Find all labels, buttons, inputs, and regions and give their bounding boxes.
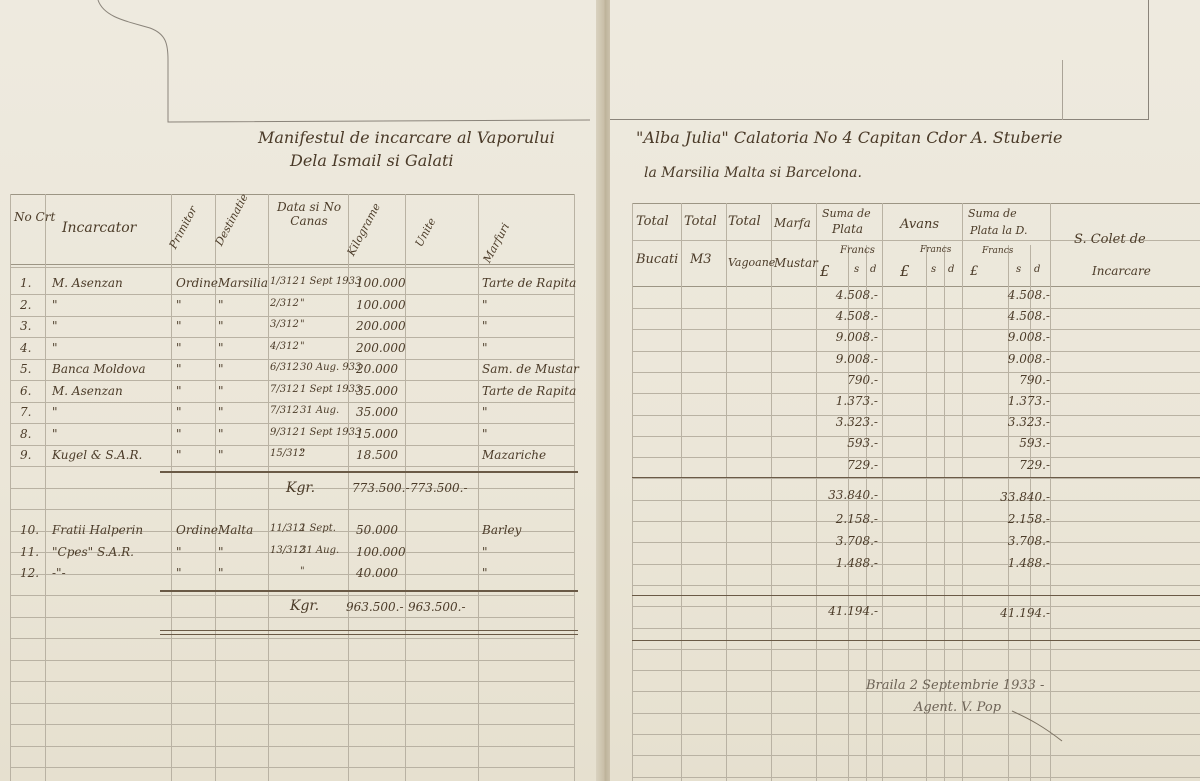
- goods: ": [482, 298, 488, 312]
- header-total-vagoane-2: Vagoane: [728, 256, 775, 269]
- consignee: Ordine: [176, 523, 218, 537]
- header-suma-plata-pound: £: [820, 262, 830, 280]
- destination: ": [218, 341, 224, 355]
- shipper: ": [52, 298, 58, 312]
- row-number: 4.: [20, 341, 31, 355]
- total-plata-la: 41.194.-: [978, 606, 1050, 620]
- header-incarcator: Incarcator: [62, 220, 136, 236]
- header-suma-plata-francs: Francs: [840, 245, 875, 256]
- date: ": [300, 319, 305, 330]
- amount-plata: 593.-: [810, 436, 878, 450]
- header-data-canas: Data si No Canas: [272, 200, 346, 228]
- row-number: 10.: [20, 523, 39, 537]
- amount-plata-la: 1.488.-: [978, 556, 1050, 570]
- date: ": [300, 341, 305, 352]
- destination: Marsilia: [218, 276, 268, 290]
- canas-number: 9/312: [270, 427, 299, 438]
- date: 30 Aug. 933: [300, 362, 361, 373]
- row-number: 2.: [20, 298, 31, 312]
- header-marfa-1: Marfa: [774, 216, 811, 230]
- amount-plata-la: 729.-: [978, 458, 1050, 472]
- kilograms: 35.000: [356, 405, 398, 419]
- destination: ": [218, 405, 224, 419]
- amount-plata-la: 9.008.-: [978, 330, 1050, 344]
- consignee: ": [176, 298, 182, 312]
- header-total-m3-2: M3: [690, 252, 712, 267]
- canas-number: 1/312: [270, 276, 299, 287]
- total-plata: 41.194.-: [810, 604, 878, 618]
- signature-agent: Agent. V. Pop: [914, 700, 1001, 715]
- kilograms: 50.000: [356, 523, 398, 537]
- destination: ": [218, 362, 224, 376]
- shipper: M. Asenzan: [52, 384, 123, 398]
- header-avans-pound: £: [900, 262, 910, 280]
- header-suma-plata-1: Suma de: [822, 207, 871, 220]
- header-suma-plata-d: d: [870, 264, 876, 275]
- header-avans: Avans: [900, 217, 939, 232]
- destination: ": [218, 298, 224, 312]
- amount-plata: 9.008.-: [810, 330, 878, 344]
- date: 1 Sept 1933: [300, 276, 361, 287]
- kilograms: 20.000: [356, 362, 398, 376]
- header-colet-2: Incarcare: [1092, 264, 1151, 278]
- row-number: 3.: [20, 319, 31, 333]
- destination: ": [218, 384, 224, 398]
- consignee: ": [176, 566, 182, 580]
- canas-number: 4/312: [270, 341, 299, 352]
- header-suma-plata-la-pound: £: [970, 264, 978, 279]
- canas-number: 7/312: [270, 384, 299, 395]
- goods: Mazariche: [482, 448, 546, 462]
- consignee: ": [176, 341, 182, 355]
- amount-plata-la: 790.-: [978, 373, 1050, 387]
- amount-plata-la: 3.708.-: [978, 534, 1050, 548]
- date: ": [300, 448, 305, 459]
- amount-plata-la: 2.158.-: [978, 512, 1050, 526]
- header-marfuri: Marfuri: [481, 221, 513, 265]
- header-avans-s: s: [931, 264, 936, 275]
- date: 1 Sept 1933: [300, 427, 361, 438]
- header-suma-plata-s: s: [854, 264, 859, 275]
- row-number: 11.: [20, 545, 39, 559]
- header-kilograme: Kilograme: [345, 201, 384, 258]
- subtotal2-kg: 963.500.-: [346, 600, 404, 614]
- shipper: ": [52, 341, 58, 355]
- shipper: ": [52, 405, 58, 419]
- row-number: 6.: [20, 384, 31, 398]
- signature-flourish: [1010, 705, 1070, 745]
- shipper: M. Asenzan: [52, 276, 123, 290]
- kilograms: 35.000: [356, 384, 398, 398]
- date: 31 Aug.: [300, 405, 339, 416]
- header-destinatie: Destinatie: [213, 192, 251, 248]
- amount-plata: 1.373.-: [810, 394, 878, 408]
- consignee: ": [176, 545, 182, 559]
- date: 1 Sept.: [300, 523, 336, 534]
- shipper: ": [52, 427, 58, 441]
- destination: ": [218, 448, 224, 462]
- row-number: 1.: [20, 276, 31, 290]
- consignee: ": [176, 319, 182, 333]
- row-number: 12.: [20, 566, 39, 580]
- destination: ": [218, 566, 224, 580]
- shipper: Kugel & S.A.R.: [52, 448, 142, 462]
- goods: Sam. de Mustar: [482, 362, 579, 376]
- amount-plata: 4.508.-: [810, 309, 878, 323]
- shipper: -"-: [52, 566, 66, 580]
- subtotal1-unite: 773.500.-: [410, 481, 468, 495]
- header-avans-d: d: [948, 264, 954, 275]
- left-ledger-page: Manifestul de incarcare al Vaporului Del…: [0, 0, 602, 781]
- goods: ": [482, 427, 488, 441]
- row-number: 5.: [20, 362, 31, 376]
- header-nr-crt: No Crt: [14, 210, 55, 224]
- header-suma-plata-la-s: s: [1016, 264, 1021, 275]
- goods: Tarte de Rapita: [482, 384, 576, 398]
- consignee: ": [176, 448, 182, 462]
- date: 1 Sept 1933: [300, 384, 361, 395]
- header-marfa-2: Mustar: [774, 256, 818, 270]
- amount-plata: 729.-: [810, 458, 878, 472]
- goods: ": [482, 545, 488, 559]
- header-avans-francs: Francs: [920, 245, 951, 255]
- shipper: "Cpes" S.A.R.: [52, 545, 134, 559]
- subtotal1-kg: 773.500.-: [352, 481, 410, 495]
- header-suma-plata-la-d: d: [1034, 264, 1040, 275]
- manifest-title-line2: Dela Ismail si Galati: [290, 151, 454, 170]
- amount-plata: 790.-: [810, 373, 878, 387]
- header-total-bucati-1: Total: [636, 214, 669, 229]
- manifest-title-line1: Manifestul de incarcare al Vaporului: [258, 128, 555, 147]
- header-suma-plata-la-2: Plata la D.: [970, 224, 1027, 237]
- header-suma-plata-la-francs: Francs: [982, 246, 1013, 256]
- amount-plata-la: 9.008.-: [978, 352, 1050, 366]
- kilograms: 40.000: [356, 566, 398, 580]
- shipper: Banca Moldova: [52, 362, 146, 376]
- header-total-bucati-2: Bucati: [636, 252, 678, 267]
- amount-plata-la: 4.508.-: [978, 288, 1050, 302]
- canas-number: 6/312: [270, 362, 299, 373]
- destination: Malta: [218, 523, 253, 537]
- canas-number: 3/312: [270, 319, 299, 330]
- voyage-title-line2: la Marsilia Malta si Barcelona.: [644, 165, 862, 181]
- header-colet-1: S. Colet de: [1074, 232, 1146, 247]
- shipper: ": [52, 319, 58, 333]
- kilograms: 100.000: [356, 298, 406, 312]
- amount-plata: 9.008.-: [810, 352, 878, 366]
- destination: ": [218, 319, 224, 333]
- kilograms: 100.000: [356, 545, 406, 559]
- header-suma-plata-la-1: Suma de: [968, 207, 1017, 220]
- header-suma-plata-2: Plata: [832, 222, 863, 236]
- subtotal1-label: Kgr.: [286, 480, 315, 496]
- goods: ": [482, 319, 488, 333]
- consignee: ": [176, 427, 182, 441]
- row-number: 7.: [20, 405, 31, 419]
- amount-plata: 4.508.-: [810, 288, 878, 302]
- kilograms: 200.000: [356, 341, 406, 355]
- shipper: Fratii Halperin: [52, 523, 143, 537]
- amount-plata-la: 593.-: [978, 436, 1050, 450]
- goods: ": [482, 566, 488, 580]
- kilograms: 100.000: [356, 276, 406, 290]
- header-unite: Unite: [413, 216, 439, 249]
- destination: ": [218, 427, 224, 441]
- amount-plata: 3.708.-: [810, 534, 878, 548]
- row-number: 9.: [20, 448, 31, 462]
- consignee: Ordine: [176, 276, 218, 290]
- subtotal1-plata: 33.840.-: [810, 488, 878, 502]
- kilograms: 15.000: [356, 427, 398, 441]
- goods: ": [482, 341, 488, 355]
- amount-plata-la: 4.508.-: [978, 309, 1050, 323]
- amount-plata: 3.323.-: [810, 415, 878, 429]
- header-total-m3-1: Total: [684, 214, 717, 229]
- kilograms: 18.500: [356, 448, 398, 462]
- consignee: ": [176, 384, 182, 398]
- amount-plata: 2.158.-: [810, 512, 878, 526]
- pencil-outline: [0, 0, 600, 130]
- subtotal1-plata-la: 33.840.-: [978, 490, 1050, 504]
- kilograms: 200.000: [356, 319, 406, 333]
- date: ": [300, 566, 305, 577]
- consignee: ": [176, 362, 182, 376]
- canas-number: 7/312: [270, 405, 299, 416]
- amount-plata-la: 1.373.-: [978, 394, 1050, 408]
- header-total-vagoane-1: Total: [728, 214, 761, 229]
- date: 31 Aug.: [300, 545, 339, 556]
- signature-place-date: Braila 2 Septembrie 1933 -: [866, 678, 1044, 693]
- voyage-title-line1: "Alba Julia" Calatoria No 4 Capitan Cdor…: [636, 128, 1062, 147]
- right-ledger-page: "Alba Julia" Calatoria No 4 Capitan Cdor…: [610, 0, 1200, 781]
- subtotal2-label: Kgr.: [290, 598, 319, 614]
- subtotal2-unite: 963.500.-: [408, 600, 466, 614]
- canas-number: 2/312: [270, 298, 299, 309]
- consignee: ": [176, 405, 182, 419]
- amount-plata: 1.488.-: [810, 556, 878, 570]
- destination: ": [218, 545, 224, 559]
- amount-plata-la: 3.323.-: [978, 415, 1050, 429]
- date: ": [300, 298, 305, 309]
- row-number: 8.: [20, 427, 31, 441]
- goods: Barley: [482, 523, 521, 537]
- goods: Tarte de Rapita: [482, 276, 576, 290]
- goods: ": [482, 405, 488, 419]
